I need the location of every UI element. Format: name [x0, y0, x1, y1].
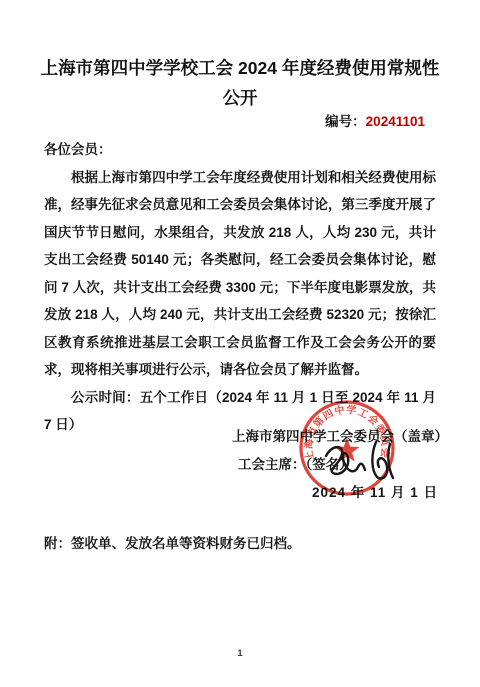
salutation-line: 各位会员： — [44, 136, 436, 164]
doc-number-label: 编号： — [325, 114, 366, 129]
attachment-note: 附：签收单、发放名单等资料财务已归档。 — [44, 532, 436, 552]
body-paragraph: 根据上海市第四中学工会年度经费使用计划和相关经费使用标准，经事先征求会员意见和工… — [44, 164, 436, 384]
document-title: 上海市第四中学学校工会 2024 年度经费使用常规性公开 — [38, 53, 442, 113]
doc-number-line: 编号：20241101 — [325, 110, 425, 130]
document-page: 上海市第四中学学校工会 2024 年度经费使用常规性公开 编号：20241101… — [0, 0, 480, 687]
page-number: 1 — [0, 648, 480, 658]
document-body: 各位会员： 根据上海市第四中学工会年度经费使用计划和相关经费使用标准，经事先征求… — [44, 136, 436, 439]
doc-number-value: 20241101 — [366, 114, 425, 129]
chairman-handwritten-signature — [320, 436, 404, 486]
